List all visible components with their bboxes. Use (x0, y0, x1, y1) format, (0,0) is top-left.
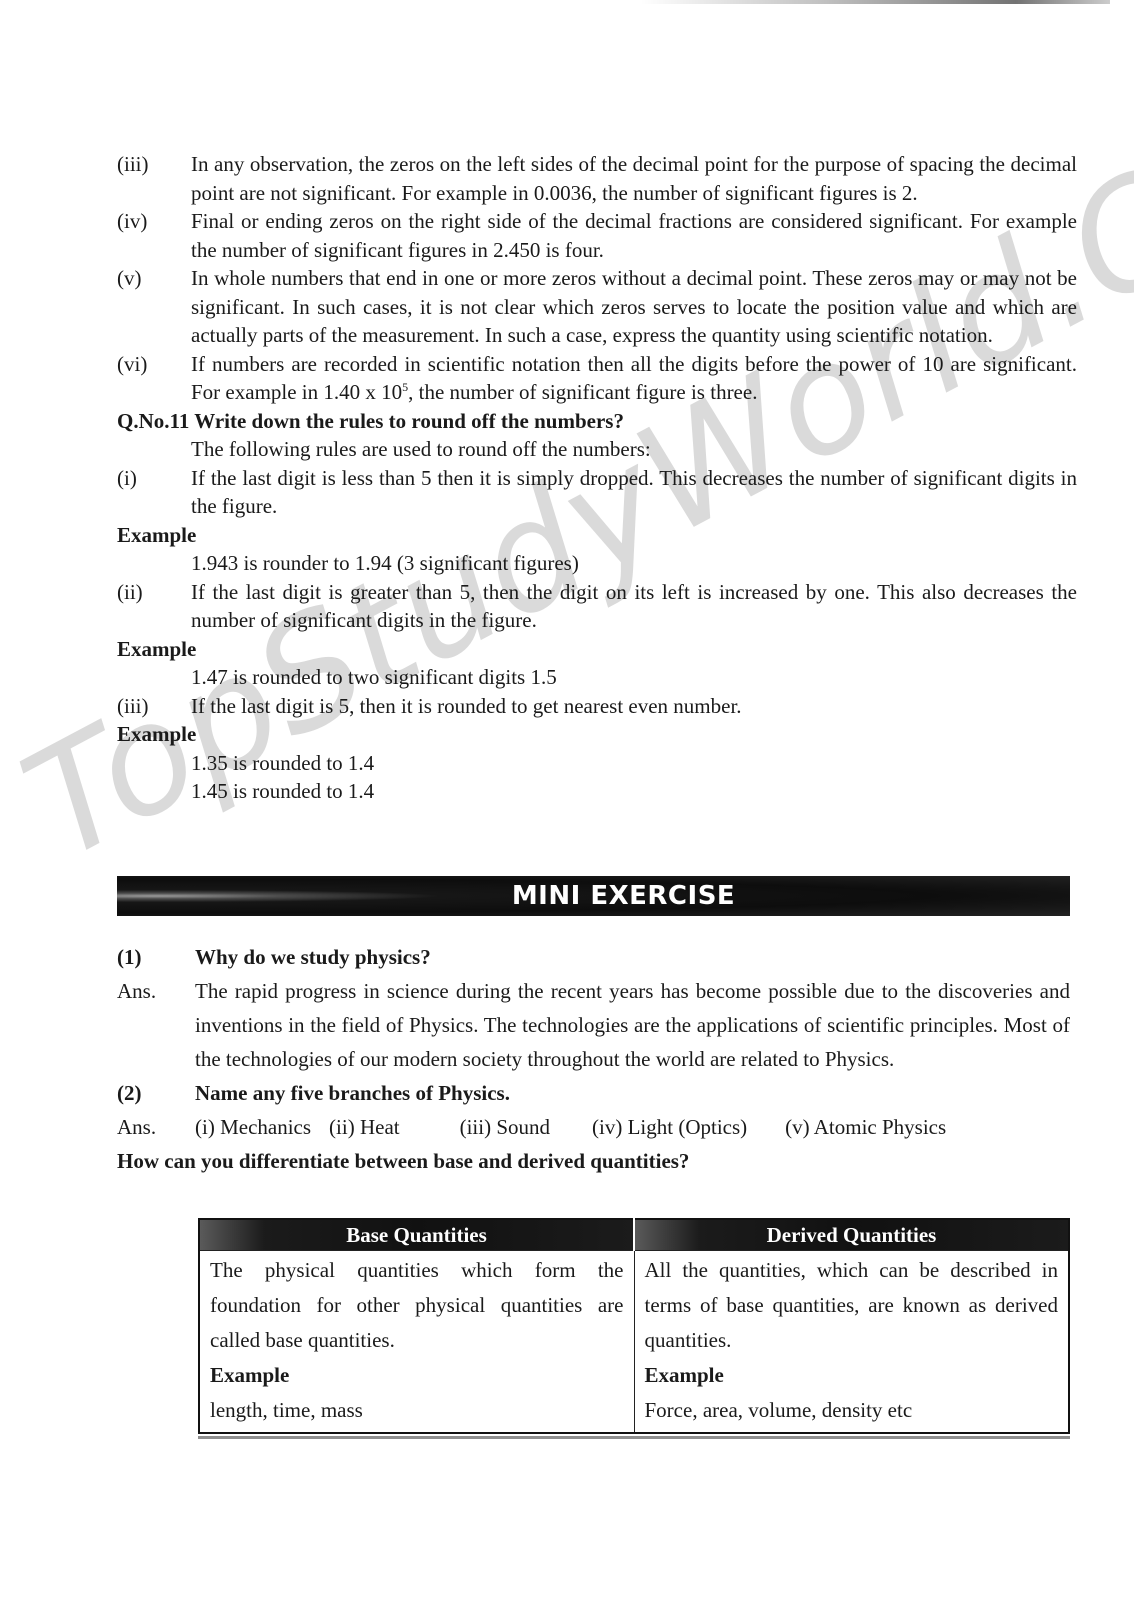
table-header-row: Base Quantities Derived Quantities (199, 1219, 1069, 1251)
example-text: Force, area, volume, density etc (645, 1393, 1059, 1428)
example-text: 1.35 is rounded to 1.4 (117, 749, 1077, 778)
rule-text: In whole numbers that end in one or more… (191, 264, 1077, 350)
question-intro: The following rules are used to round of… (117, 435, 1077, 464)
example-text: length, time, mass (210, 1393, 624, 1428)
rule-number: (v) (117, 264, 191, 350)
significant-figures-rules: (iii) In any observation, the zeros on t… (117, 150, 1077, 806)
rule-text: If the last digit is 5, then it is round… (191, 692, 1077, 721)
example-label: Example (645, 1358, 1059, 1393)
answer-text: The rapid progress in science during the… (195, 974, 1070, 1076)
example-text: 1.943 is rounder to 1.94 (3 significant … (117, 549, 1077, 578)
rule-number: (vi) (117, 350, 191, 407)
question-row: (1) Why do we study physics? (117, 940, 1070, 974)
rule-text: If numbers are recorded in scientific no… (191, 350, 1077, 407)
question-heading: How can you differentiate between base a… (117, 1144, 1070, 1178)
example-text: 1.47 is rounded to two significant digit… (117, 663, 1077, 692)
rule-text: If the last digit is less than 5 then it… (191, 464, 1077, 521)
question-text: Why do we study physics? (195, 940, 1070, 974)
branches-list: (i) Mechanics (ii) Heat (iii) Sound (iv)… (195, 1110, 1070, 1144)
rule-number: (iii) (117, 692, 191, 721)
rule-number: (ii) (117, 578, 191, 635)
table-row: The physical quantities which form the f… (199, 1251, 1069, 1434)
section-banner: MINI EXERCISE (117, 876, 1070, 916)
section-title: MINI EXERCISE (512, 881, 735, 911)
rounding-rule: (i) If the last digit is less than 5 the… (117, 464, 1077, 521)
rounding-rule: (iii) If the last digit is 5, then it is… (117, 692, 1077, 721)
column-header: Derived Quantities (634, 1219, 1069, 1251)
rule-item: (v) In whole numbers that end in one or … (117, 264, 1077, 350)
question-heading: Q.No.11 Write down the rules to round of… (117, 407, 1077, 436)
table-underline (198, 1436, 1070, 1439)
rule-number: (i) (117, 464, 191, 521)
scan-artifact (640, 0, 1110, 4)
branch-item: (iv) Light (Optics) (592, 1110, 747, 1144)
answer-row: Ans. The rapid progress in science durin… (117, 974, 1070, 1076)
table-cell: The physical quantities which form the f… (199, 1251, 634, 1434)
rule-text: Final or ending zeros on the right side … (191, 207, 1077, 264)
rule-item: (iii) In any observation, the zeros on t… (117, 150, 1077, 207)
example-label: Example (117, 635, 1077, 664)
definition-text: All the quantities, which can be describ… (645, 1253, 1059, 1358)
comparison-table: Base Quantities Derived Quantities The p… (198, 1218, 1070, 1434)
comparison-table-wrapper: Base Quantities Derived Quantities The p… (198, 1218, 1070, 1439)
rule-text: If the last digit is greater than 5, the… (191, 578, 1077, 635)
branch-item: (i) Mechanics (195, 1110, 311, 1144)
document-page: TopStudyWorld.Com (iii) In any observati… (0, 0, 1134, 1600)
example-text: 1.45 is rounded to 1.4 (117, 777, 1077, 806)
column-header: Base Quantities (199, 1219, 634, 1251)
question-text: Name any five branches of Physics. (195, 1076, 1070, 1110)
example-label: Example (117, 720, 1077, 749)
answer-label: Ans. (117, 1110, 195, 1144)
question-number: (1) (117, 940, 195, 974)
rounding-rule: (ii) If the last digit is greater than 5… (117, 578, 1077, 635)
rule-number: (iii) (117, 150, 191, 207)
example-label: Example (210, 1358, 624, 1393)
rule-item: (iv) Final or ending zeros on the right … (117, 207, 1077, 264)
branch-item: (iii) Sound (460, 1110, 550, 1144)
question-number: (2) (117, 1076, 195, 1110)
definition-text: The physical quantities which form the f… (210, 1253, 624, 1358)
answer-label: Ans. (117, 974, 195, 1076)
answer-row: Ans. (i) Mechanics (ii) Heat (iii) Sound… (117, 1110, 1070, 1144)
question-row: (2) Name any five branches of Physics. (117, 1076, 1070, 1110)
rule-text: In any observation, the zeros on the lef… (191, 150, 1077, 207)
rule-item: (vi) If numbers are recorded in scientif… (117, 350, 1077, 407)
rule-number: (iv) (117, 207, 191, 264)
example-label: Example (117, 521, 1077, 550)
branch-item: (v) Atomic Physics (785, 1110, 946, 1144)
branch-item: (ii) Heat (329, 1110, 400, 1144)
rule-text-part: , the number of significant figure is th… (408, 380, 757, 404)
table-cell: All the quantities, which can be describ… (634, 1251, 1069, 1434)
mini-exercise: (1) Why do we study physics? Ans. The ra… (117, 940, 1070, 1178)
